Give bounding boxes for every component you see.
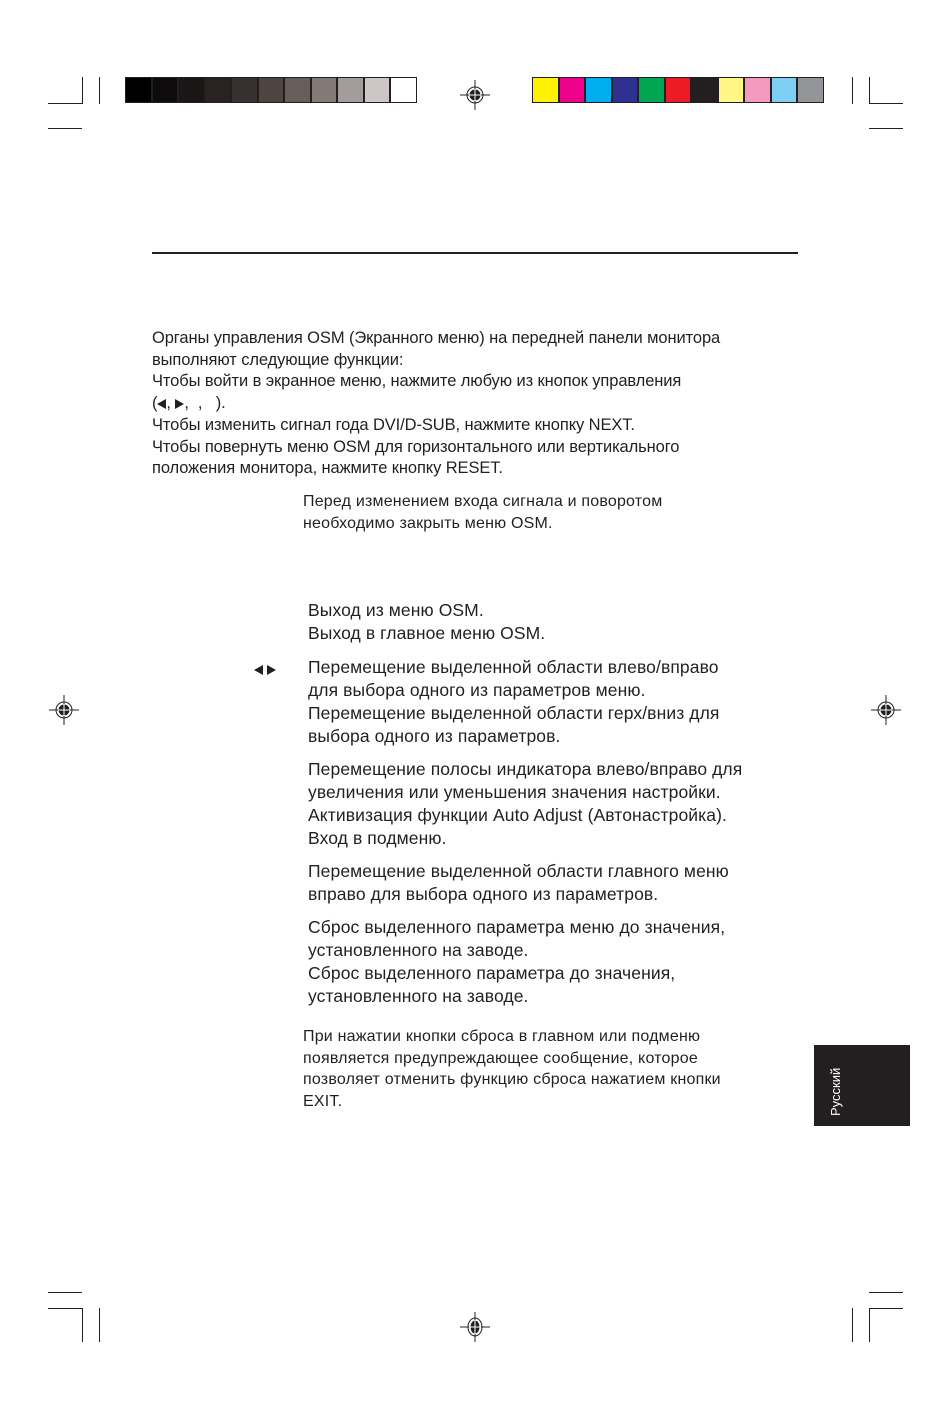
crop-mark (852, 1308, 853, 1342)
crop-mark (869, 1292, 903, 1293)
crop-mark (82, 1308, 83, 1342)
color-swatch (365, 78, 390, 102)
color-swatch (533, 78, 558, 102)
control-description-reset: Сброс выделенного параметра меню до знач… (308, 916, 725, 1008)
color-swatch (586, 78, 611, 102)
color-swatch (692, 78, 717, 102)
control-description-adjust: Перемещение полосы индикатора влево/впра… (308, 758, 742, 850)
color-calibration-bar (532, 77, 824, 103)
language-tab: Русский (814, 1045, 910, 1126)
color-swatch (259, 78, 284, 102)
header-rule (152, 252, 798, 254)
color-swatch (719, 78, 744, 102)
color-swatch (666, 78, 691, 102)
color-swatch (391, 78, 416, 102)
reset-warning-note: При нажатии кнопки сброса в главном или … (303, 1026, 721, 1112)
color-swatch (639, 78, 664, 102)
intro-line: Органы управления OSM (Экранного меню) н… (152, 328, 720, 350)
language-tab-label: Русский (828, 1068, 843, 1116)
crop-mark (99, 1308, 100, 1342)
color-swatch (126, 78, 151, 102)
registration-mark-icon (871, 695, 901, 725)
registration-mark-icon (460, 1312, 490, 1342)
intro-line: Чтобы войти в экранное меню, нажмите люб… (152, 371, 720, 393)
color-swatch (232, 78, 257, 102)
intro-line: Чтобы повернуть меню OSM для горизонталь… (152, 437, 720, 459)
color-swatch (745, 78, 770, 102)
color-swatch (338, 78, 363, 102)
crop-mark (869, 1308, 903, 1309)
control-description-next: Перемещение выделенной области главного … (308, 860, 729, 906)
left-right-arrows-icon (254, 661, 276, 679)
registration-mark-icon (460, 80, 490, 110)
color-swatch (560, 78, 585, 102)
color-swatch (153, 78, 178, 102)
left-arrow-icon (254, 665, 263, 675)
color-swatch (798, 78, 823, 102)
crop-mark (48, 1308, 82, 1309)
intro-line: положения монитора, нажмите кнопку RESET… (152, 458, 720, 480)
color-swatch (613, 78, 638, 102)
crop-mark (48, 103, 82, 104)
registration-mark-icon (49, 695, 79, 725)
intro-line: выполняют следующие функции: (152, 350, 720, 372)
crop-mark (869, 1308, 870, 1342)
crop-mark (48, 128, 82, 129)
color-swatch (206, 78, 231, 102)
control-buttons-list: (, , , ). (152, 393, 720, 415)
control-description-navigate: Перемещение выделенной области влево/впр… (308, 656, 720, 748)
crop-mark (48, 1292, 82, 1293)
intro-paragraph: Органы управления OSM (Экранного меню) н… (152, 328, 720, 480)
crop-mark (869, 103, 903, 104)
grayscale-calibration-bar (125, 77, 417, 103)
crop-mark (99, 77, 100, 104)
color-swatch (312, 78, 337, 102)
color-swatch (285, 78, 310, 102)
crop-mark (82, 77, 83, 104)
note-paragraph: Перед изменением входа сигнала и поворот… (303, 491, 662, 534)
crop-mark (869, 77, 870, 104)
color-swatch (772, 78, 797, 102)
intro-line: Чтобы изменить сигнал года DVI/D-SUB, на… (152, 415, 720, 437)
right-arrow-icon (267, 665, 276, 675)
color-swatch (179, 78, 204, 102)
crop-mark (852, 77, 853, 104)
control-description-exit: Выход из меню OSM. Выход в главное меню … (308, 599, 545, 645)
crop-mark (869, 128, 903, 129)
